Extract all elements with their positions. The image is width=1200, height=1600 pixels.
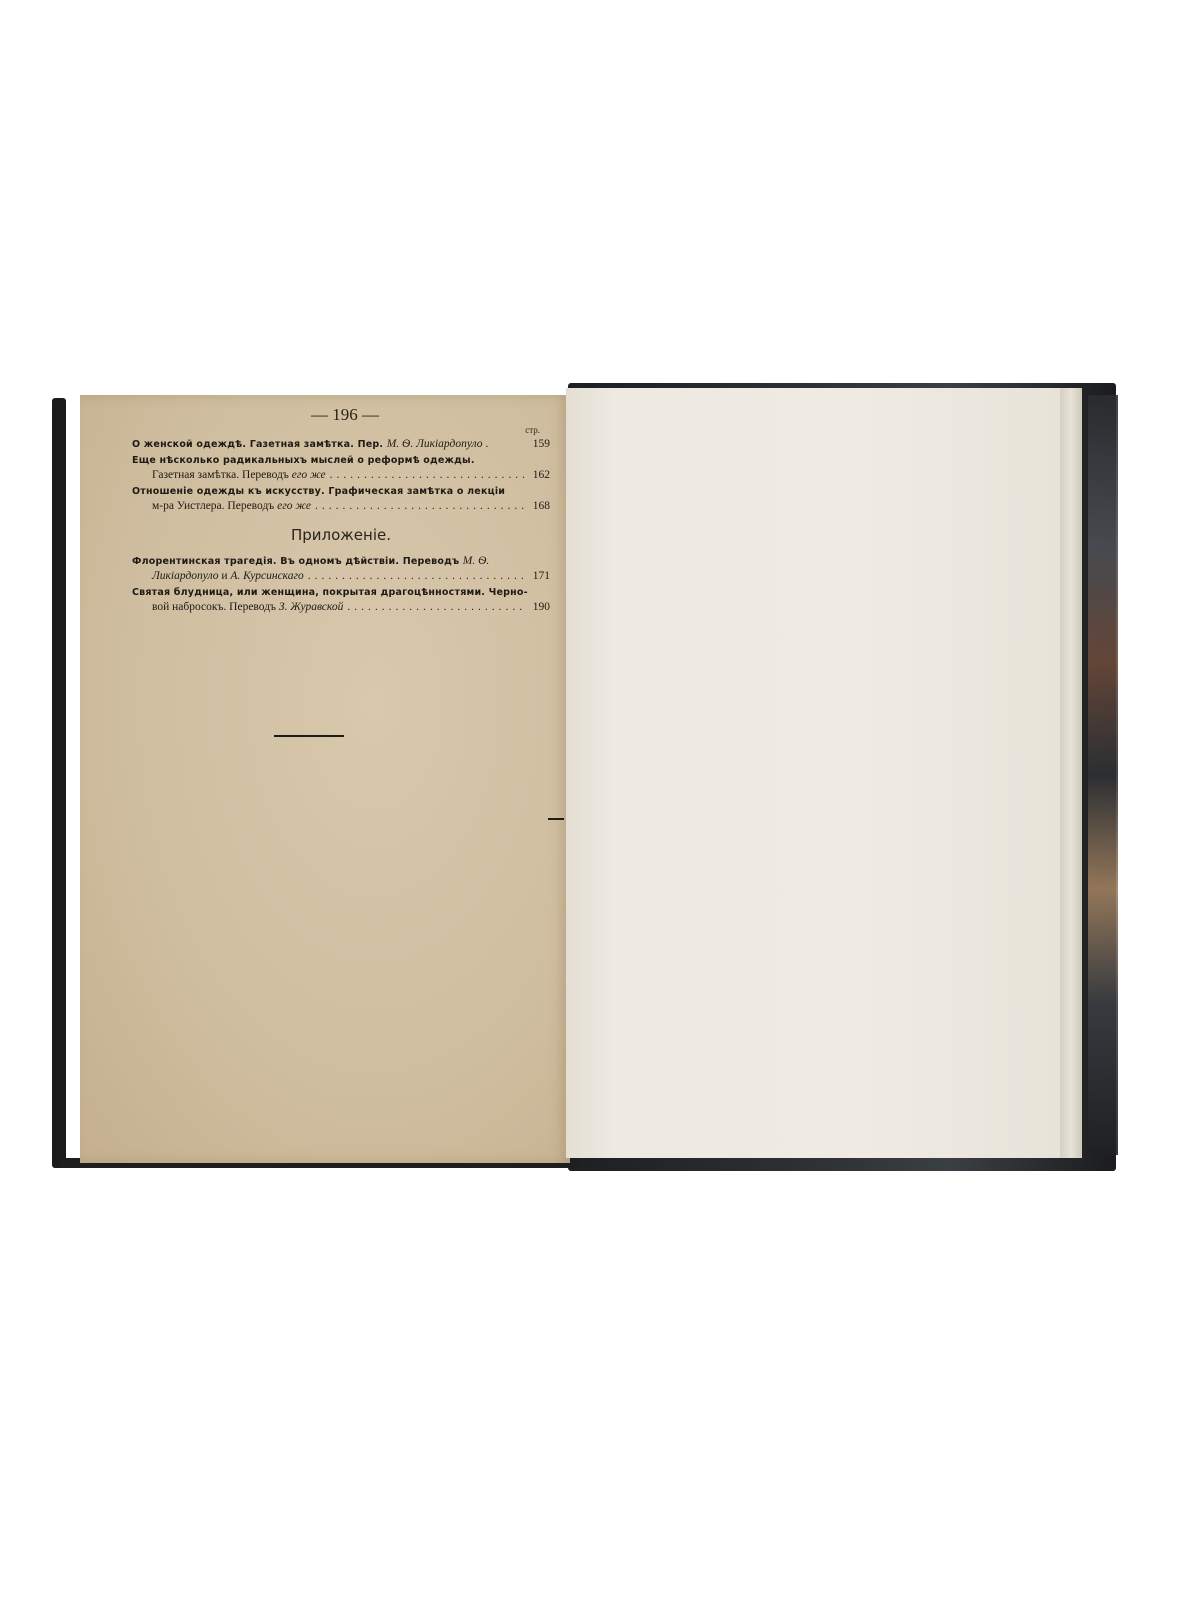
binding-stitch: [548, 818, 564, 820]
right-page-edges: [1060, 388, 1082, 1158]
left-cover-shadow: [52, 398, 66, 1168]
entry-page: 171: [526, 569, 550, 584]
entry-page: 168: [526, 499, 550, 514]
entry-translator: М. Ѳ.: [463, 555, 490, 567]
right-page: [566, 388, 1060, 1158]
toc: О женской одеждѣ. Газетная замѣтка. Пер.…: [132, 437, 550, 616]
page-column-label: стр.: [525, 425, 540, 435]
cover-marbled-edge: [1088, 395, 1118, 1155]
entry-title-cont: вой набросокъ. Переводъ: [152, 601, 279, 613]
entry-title: Флорентинская трагедія. Въ одномъ дѣйств…: [132, 556, 463, 567]
leader-dots: ........................................…: [304, 569, 526, 584]
entry-translator: З. Журавской: [279, 601, 343, 613]
entry-title-cont: м-ра Уистлера. Переводъ: [152, 500, 277, 512]
leader-dots: ........................................…: [311, 499, 526, 514]
end-rule: [274, 735, 344, 737]
entry-translator: его же: [277, 500, 311, 512]
toc-entry: Святая блудница, или женщина, покрытая д…: [132, 585, 550, 615]
entry-page: 159: [526, 437, 550, 452]
entry-translator: М. Ѳ. Ликіардопуло: [387, 438, 483, 450]
leader-dots: ........................................…: [343, 600, 526, 615]
entry-title: Отношеніе одежды къ искусству. Графическ…: [132, 484, 550, 499]
toc-entry: Еще нѣсколько радикальныхъ мыслей о рефо…: [132, 453, 550, 483]
page-number: — 196 —: [80, 405, 610, 425]
leader-dots: ........................................…: [326, 468, 526, 483]
toc-entry: Флорентинская трагедія. Въ одномъ дѣйств…: [132, 554, 550, 584]
entry-translator: А. Курсинскаго: [230, 570, 303, 582]
entry-page: 190: [526, 600, 550, 615]
entry-page: 162: [526, 468, 550, 483]
entry-title: Еще нѣсколько радикальныхъ мыслей о рефо…: [132, 453, 550, 468]
entry-translator: его же: [292, 469, 326, 481]
left-page: — 196 — стр. О женской одеждѣ. Газетная …: [80, 395, 570, 1163]
entry-title: О женской одеждѣ. Газетная замѣтка. Пер.: [132, 439, 387, 450]
entry-title: Святая блудница, или женщина, покрытая д…: [132, 585, 550, 600]
entry-conj: и: [218, 570, 230, 582]
entry-title-cont: Газетная замѣтка. Переводъ: [152, 469, 292, 481]
toc-entry: Отношеніе одежды къ искусству. Графическ…: [132, 484, 550, 514]
toc-entry: О женской одеждѣ. Газетная замѣтка. Пер.…: [132, 437, 550, 452]
entry-translator: Ликіардопуло: [152, 570, 218, 582]
section-title: Приложеніе.: [132, 526, 550, 544]
